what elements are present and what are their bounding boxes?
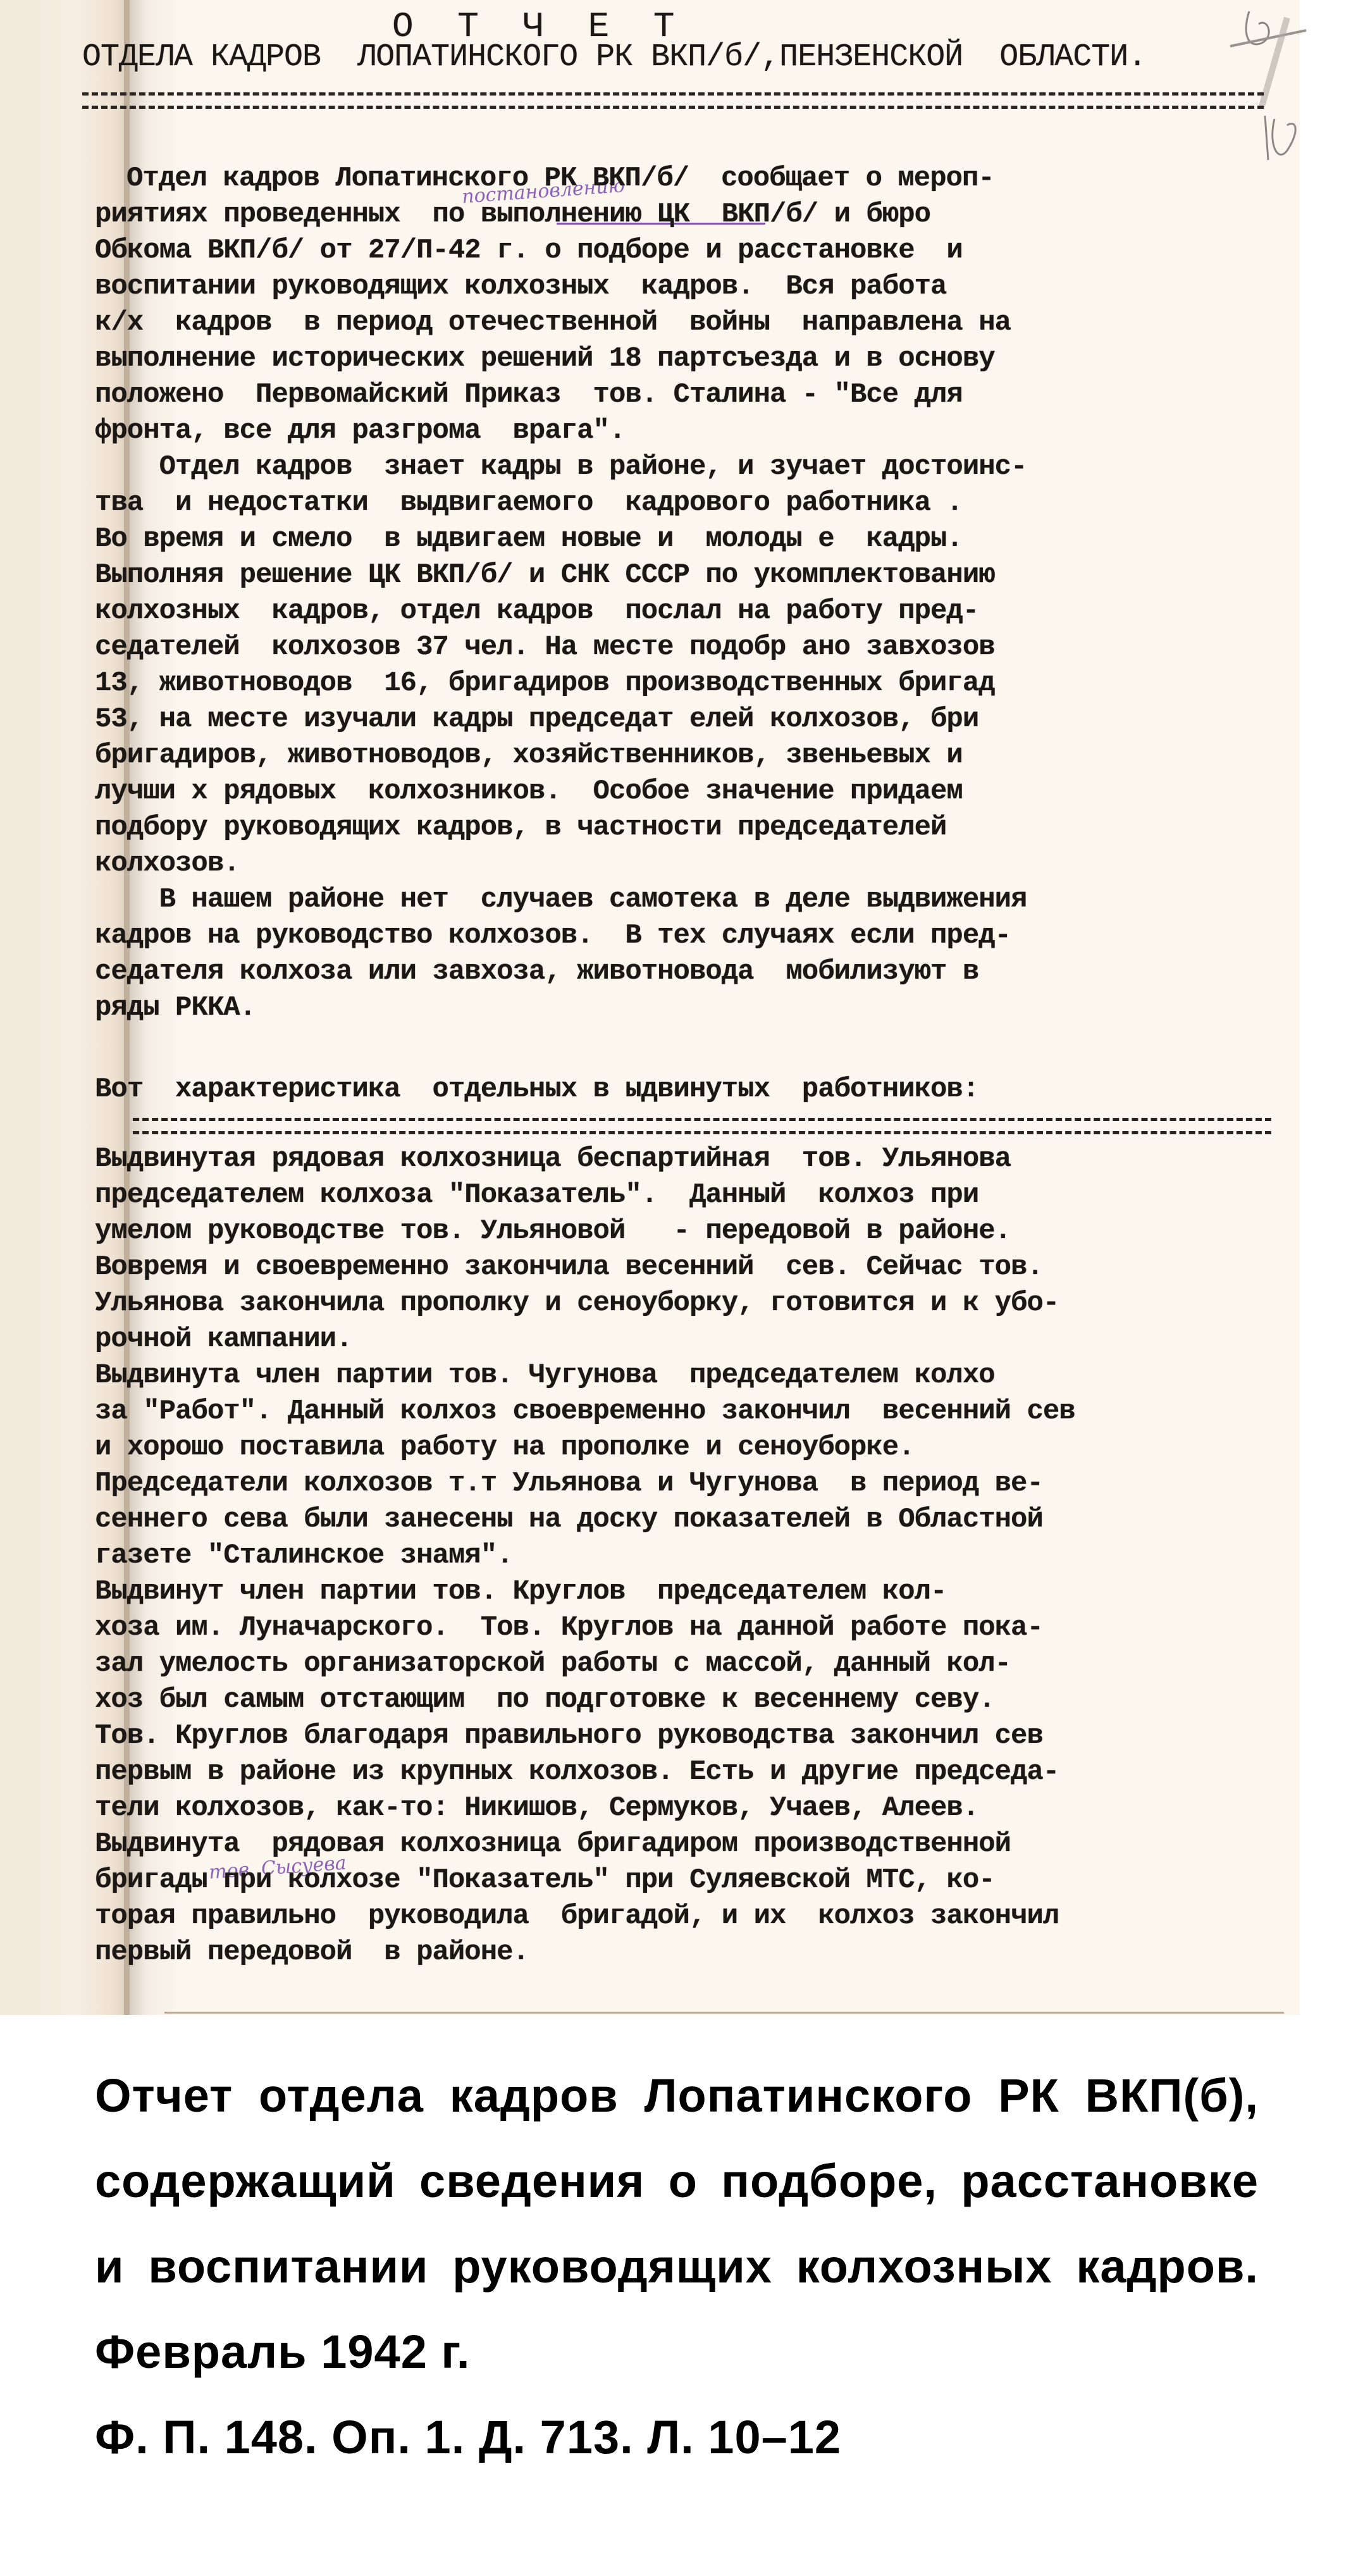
body-line: седателя колхоза или завхоза, животновод… xyxy=(95,958,978,986)
document-subtitle: ОТДЕЛА КАДРОВ ЛОПАТИНСКОГО РК ВКП/б/,ПЕН… xyxy=(82,39,1146,75)
characteristic-line: Выдвинута член партии тов. Чугунова пред… xyxy=(95,1361,995,1389)
body-line: ряды РККА. xyxy=(95,994,256,1022)
characteristic-line: хоз был самым отстающим по подготовке к … xyxy=(95,1686,995,1714)
body-line: фронта, все для разгрома врага". xyxy=(95,417,625,445)
body-line: подбору руководящих кадров, в частности … xyxy=(95,814,946,841)
body-line: к/х кадров в период отечественной войны … xyxy=(95,309,1011,337)
body-line: В нашем районе нет случаев самотека в де… xyxy=(95,886,1027,913)
characteristic-line: и хорошо поставила работу на прополке и … xyxy=(95,1434,915,1461)
body-line: выполнение исторических решений 18 партс… xyxy=(95,345,995,373)
characteristic-line: первый передовой в районе. xyxy=(95,1938,529,1966)
characteristic-line: Тов. Круглов благодаря правильного руков… xyxy=(95,1722,1043,1750)
archival-document-scan: О Т Ч Е Т ОТДЕЛА КАДРОВ ЛОПАТИНСКОГО РК … xyxy=(0,0,1351,2015)
double-dashed-rule xyxy=(133,1118,1271,1134)
body-line: Отдел кадров знает кадры в районе, и зуч… xyxy=(95,453,1027,481)
sheet-bottom-edge xyxy=(164,2012,1284,2014)
page-right-margin xyxy=(1300,0,1351,2015)
body-line: колхозов. xyxy=(95,850,240,877)
characteristic-line: сеннего сева были занесены на доску пока… xyxy=(95,1506,1043,1533)
body-line: кадров на руководство колхозов. В тех сл… xyxy=(95,922,1011,950)
characteristic-line: тели колхозов, как-то: Никишов, Сермуков… xyxy=(95,1794,978,1822)
body-line: бригадиров, животноводов, хозяйственнико… xyxy=(95,741,963,769)
body-line: Выполняя решение ЦК ВКП/б/ и СНК СССР по… xyxy=(95,561,995,589)
characteristic-line: за "Работ". Данный колхоз своевременно з… xyxy=(95,1397,1075,1425)
double-dashed-rule xyxy=(82,92,1264,109)
body-line: Обкома ВКП/б/ от 27/П-42 г. о подборе и … xyxy=(95,237,963,264)
body-line: воспитании руководящих колхозных кадров.… xyxy=(95,273,946,300)
characteristic-line: хоза им. Луначарского. Тов. Круглов на д… xyxy=(95,1614,1043,1642)
characteristic-line: Вовремя и своевременно закончила весенни… xyxy=(95,1253,1043,1281)
characteristic-line: зал умелость организаторской работы с ма… xyxy=(95,1650,1011,1678)
body-line: Отдел кадров Лопатинского РК ВКП/б/ сооб… xyxy=(126,164,994,192)
characteristic-line: Выдвинут член партии тов. Круглов предсе… xyxy=(95,1578,946,1606)
characteristic-line: торая правильно руководила бригадой, и и… xyxy=(95,1902,1059,1930)
body-line: лучши х рядовых колхозников. Особое знач… xyxy=(95,777,963,805)
body-line: 13, животноводов 16, бригадиров производ… xyxy=(95,669,995,697)
body-line: риятиях проведенных по выполнению ЦК ВКП… xyxy=(95,201,930,228)
characteristic-line: Выдвинута рядовая колхозница бригадиром … xyxy=(95,1830,1011,1858)
characteristic-line: Ульянова закончила прополку и сеноуборку… xyxy=(95,1289,1059,1317)
characteristic-line: председателем колхоза "Показатель". Данн… xyxy=(95,1181,978,1209)
pencil-folio-mark-icon xyxy=(1224,5,1319,163)
characteristic-line: первым в районе из крупных колхозов. Ест… xyxy=(95,1758,1059,1786)
caption-description: Отчет отдела кадров Лопатинского РК ВКП(… xyxy=(95,2053,1259,2394)
characteristic-line: Выдвинутая рядовая колхозница беспартийн… xyxy=(95,1145,1011,1173)
body-line: седателей колхозов 37 чел. На месте подо… xyxy=(95,633,995,661)
characteristic-line: газете "Сталинское знамя". xyxy=(95,1542,513,1570)
characteristic-line: бригады при колхозе "Показатель" при Сул… xyxy=(95,1866,995,1894)
archive-caption: Отчет отдела кадров Лопатинского РК ВКП(… xyxy=(95,2053,1259,2480)
body-line: тва и недостатки выдвигаемого кадрового … xyxy=(95,489,963,517)
caption-archive-reference: Ф. П. 148. Оп. 1. Д. 713. Л. 10–12 xyxy=(95,2394,1259,2480)
characteristic-line: Председатели колхозов т.т Ульянова и Чуг… xyxy=(95,1470,1043,1497)
body-line: положено Первомайский Приказ тов. Сталин… xyxy=(95,381,963,409)
characteristic-line: умелом руководстве тов. Ульяновой - пере… xyxy=(95,1217,1011,1245)
body-line: Во время и смело в ыдвигаем новые и моло… xyxy=(95,525,963,553)
characteristic-line: рочной кампании. xyxy=(95,1325,352,1353)
body-line: колхозных кадров, отдел кадров послал на… xyxy=(95,597,978,625)
section-heading: Вот характеристика отдельных в ыдвинутых… xyxy=(95,1075,978,1103)
body-line: 53, на месте изучали кадры председат еле… xyxy=(95,705,978,733)
